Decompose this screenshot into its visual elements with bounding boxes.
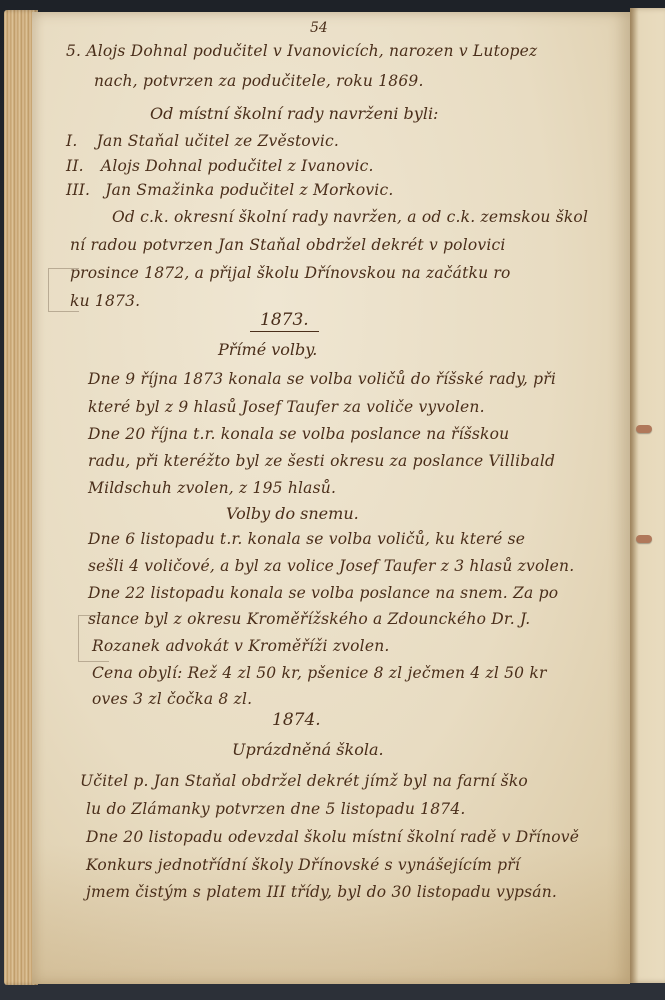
diet-elections-line: sešli 4 voličové, a byl za volice Josef … <box>88 557 574 575</box>
prices-line: oves 3 zl čočka 8 zl. <box>92 690 252 708</box>
elections-heading: Přímé volby. <box>218 340 317 359</box>
nomination-numeral: II. <box>66 157 84 175</box>
nomination-text: Alojs Dohnal podučitel z Ivanovic. <box>101 157 374 175</box>
appointment-line: ní radou potvrzen Jan Staňal obdržel dek… <box>70 236 506 254</box>
nomination-text: Jan Staňal učitel ze Zvěstovic. <box>97 132 339 150</box>
nominations-heading: Od místní školní rady navrženi byli: <box>150 104 438 123</box>
elections-line: radu, při kteréžto byl ze šesti okresu z… <box>88 452 555 470</box>
scan-scene: 54 5. Alojs Dohnal podučitel v Ivanovicí… <box>0 0 665 1000</box>
nomination-item: III. Jan Smažinka podučitel z Morkovic. <box>66 181 393 199</box>
entry-5-line-2: nach, potvrzen za podučitele, roku 1869. <box>94 72 424 90</box>
entry-5-line-1: 5. Alojs Dohnal podučitel v Ivanovicích,… <box>66 42 537 60</box>
elections-line: Dne 20 října t.r. konala se volba poslan… <box>88 425 509 443</box>
diet-elections-line: Dne 6 listopadu t.r. konala se volba vol… <box>88 530 525 548</box>
nomination-item: II. Alojs Dohnal podučitel z Ivanovic. <box>66 157 374 175</box>
nomination-numeral: I. <box>66 132 77 150</box>
vacancy-heading: Uprázdněná škola. <box>232 740 384 759</box>
vacancy-line: jmem čistým s platem III třídy, byl do 3… <box>86 883 557 901</box>
handwritten-text: 54 5. Alojs Dohnal podučitel v Ivanovicí… <box>0 0 665 1000</box>
diet-elections-line: slance byl z okresu Kroměřížského a Zdou… <box>88 610 530 628</box>
vacancy-line: lu do Zlámanky potvrzen dne 5 listopadu … <box>86 800 466 818</box>
nomination-numeral: III. <box>66 181 90 199</box>
elections-line: Dne 9 října 1873 konala se volba voličů … <box>88 370 556 388</box>
diet-elections-line: Rozanek advokát v Kroměříži zvolen. <box>92 637 390 655</box>
year-heading-1874: 1874. <box>272 710 321 730</box>
diet-elections-heading: Volby do snemu. <box>226 504 359 523</box>
appointment-line: ku 1873. <box>70 292 140 310</box>
nomination-item: I. Jan Staňal učitel ze Zvěstovic. <box>66 132 339 150</box>
prices-line: Cena obylí: Rež 4 zl 50 kr, pšenice 8 zl… <box>92 664 547 682</box>
page-number: 54 <box>310 20 328 36</box>
year-heading-1873: 1873. <box>250 310 319 332</box>
vacancy-line: Dne 20 listopadu odevzdal školu místní š… <box>86 828 579 846</box>
vacancy-line: Konkurs jednotřídní školy Dřínovské s vy… <box>86 856 520 874</box>
nomination-text: Jan Smažinka podučitel z Morkovic. <box>105 181 393 199</box>
elections-line: které byl z 9 hlasů Josef Taufer za voli… <box>88 398 485 416</box>
elections-line: Mildschuh zvolen, z 195 hlasů. <box>88 479 336 497</box>
appointment-line: Od c.k. okresní školní rady navržen, a o… <box>112 208 588 226</box>
diet-elections-line: Dne 22 listopadu konala se volba poslanc… <box>88 584 558 602</box>
vacancy-line: Učitel p. Jan Staňal obdržel dekrét jímž… <box>80 772 528 790</box>
appointment-line: prosince 1872, a přijal školu Dřínovskou… <box>70 264 511 282</box>
